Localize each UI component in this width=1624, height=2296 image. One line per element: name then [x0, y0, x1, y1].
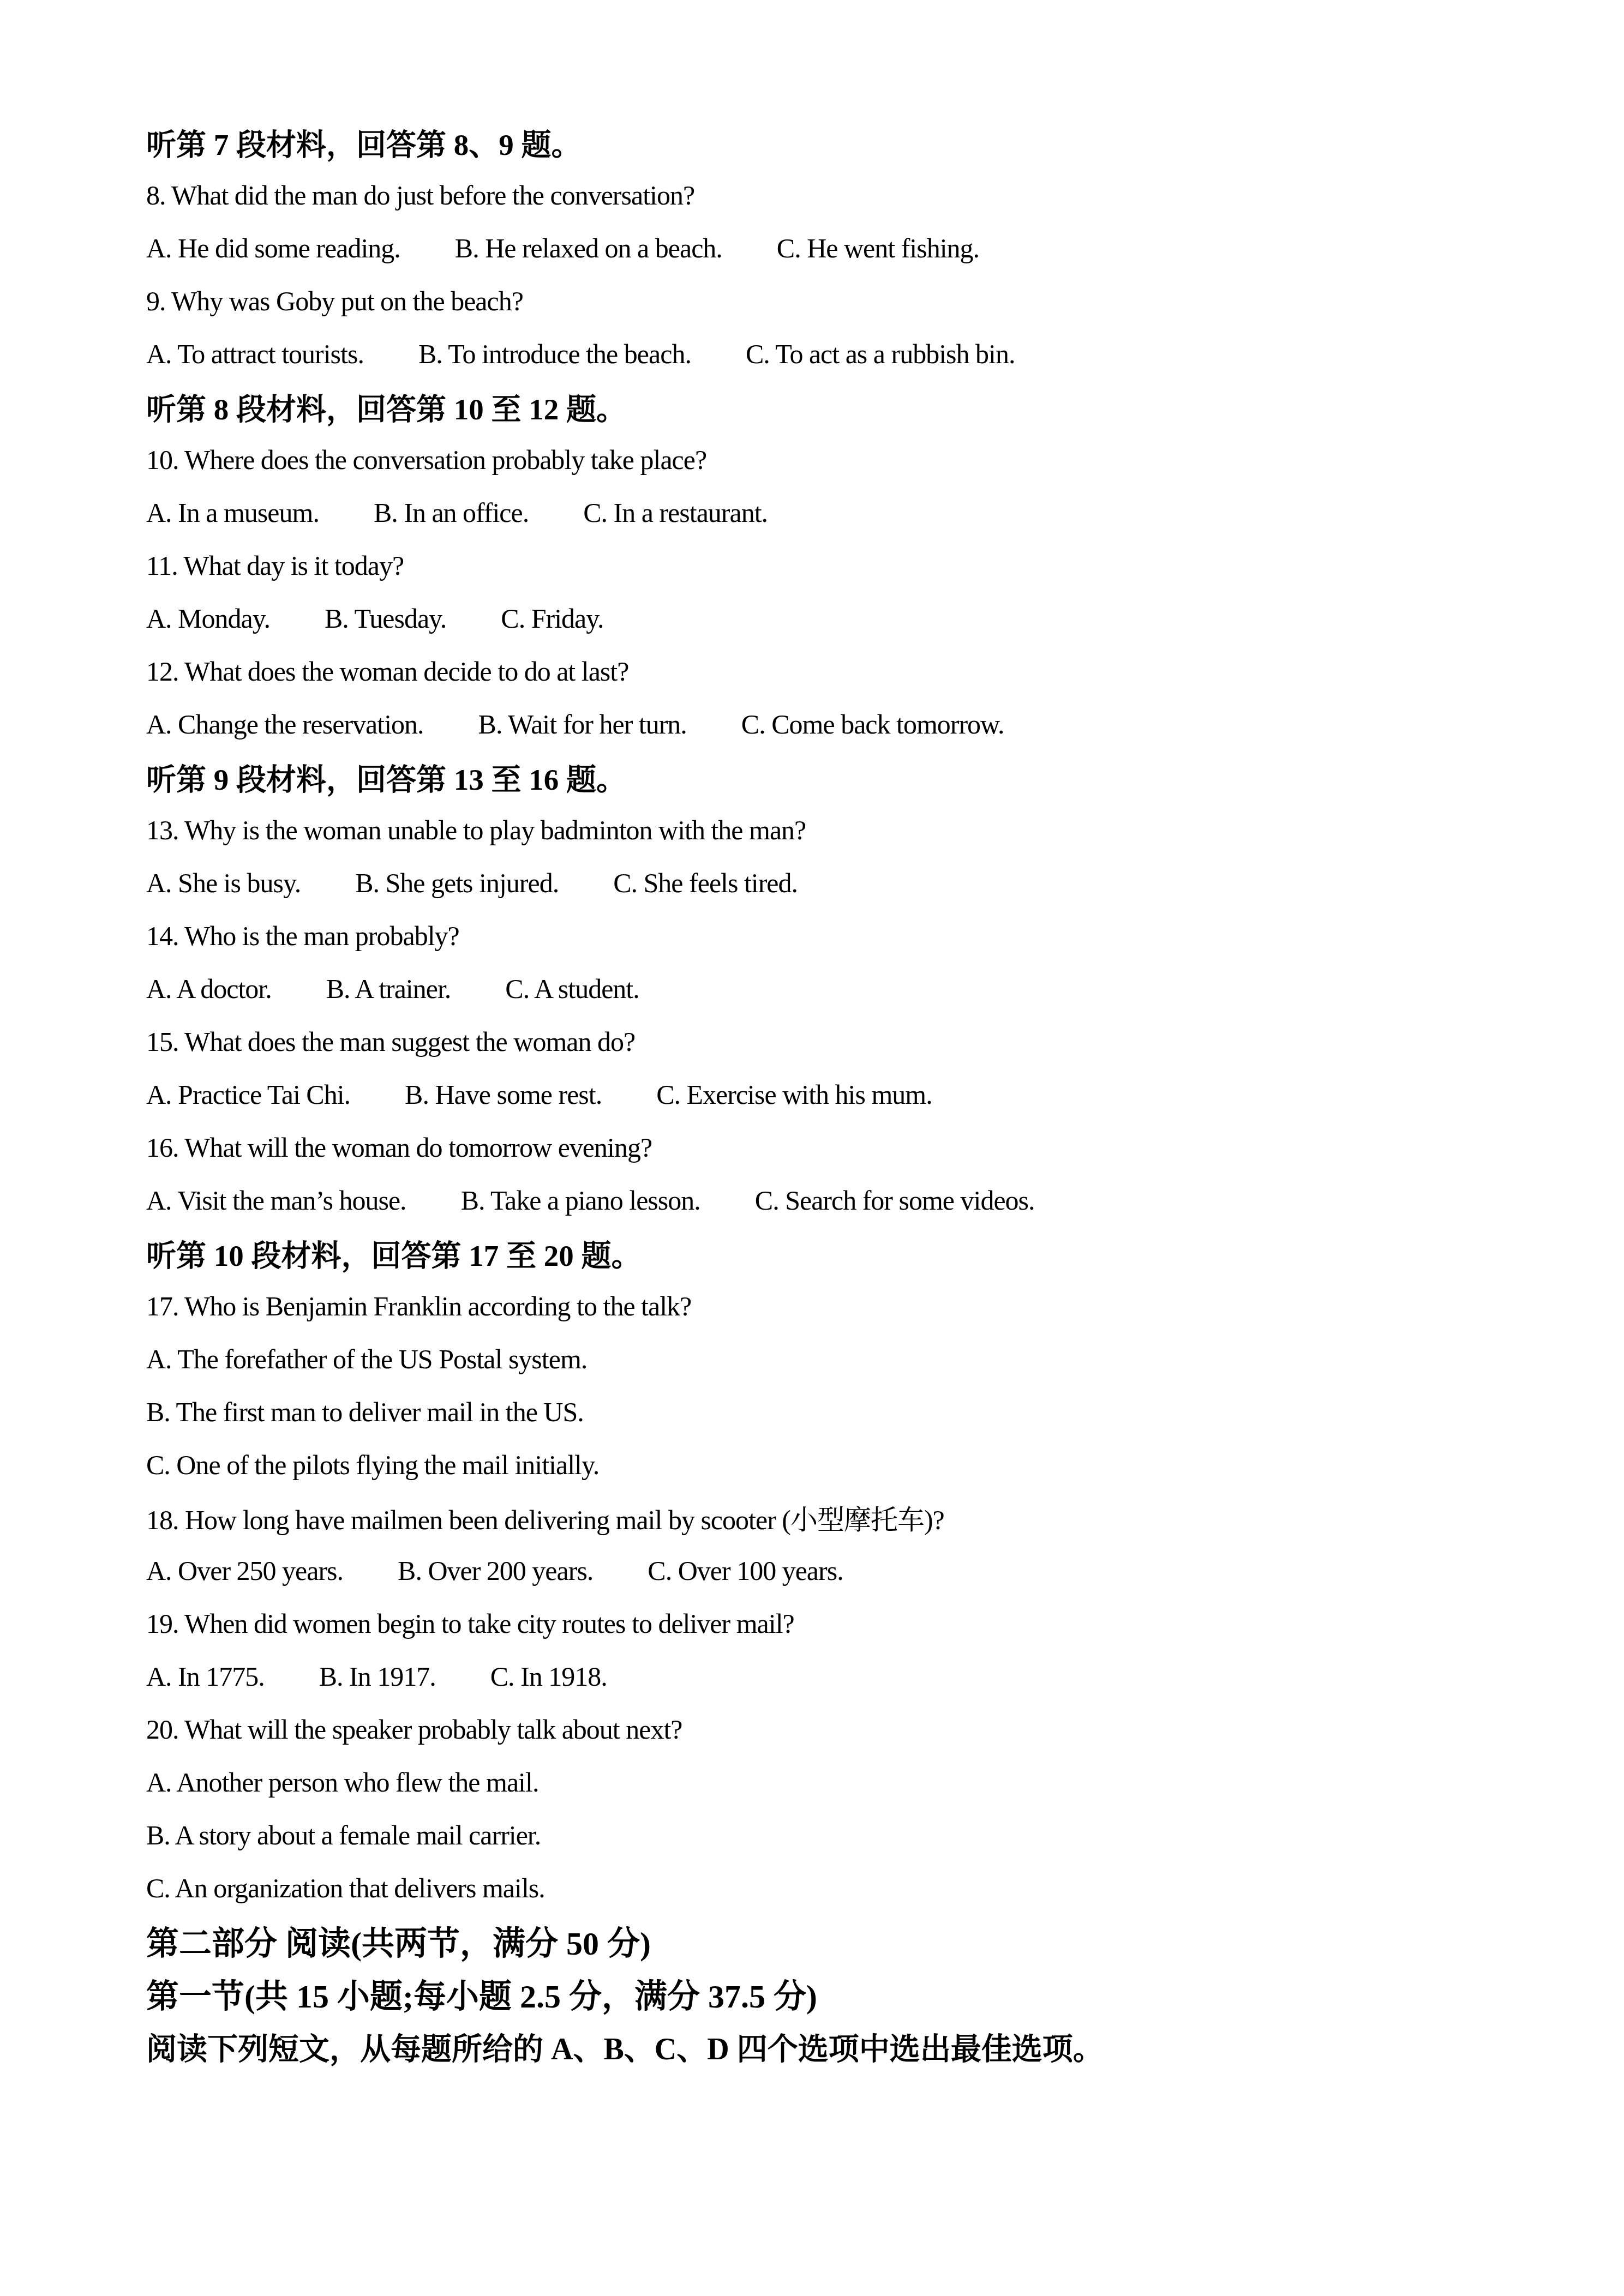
option-item: B. In 1917. — [319, 1661, 436, 1692]
options-row: A. Visit the man’s house.B. Take a piano… — [146, 1174, 1542, 1227]
option-line: C. An organization that delivers mails. — [146, 1861, 1542, 1914]
question-line: 10. Where does the conversation probably… — [146, 433, 1542, 486]
question-line: 14. Who is the man probably? — [146, 909, 1542, 962]
option-item: A. She is busy. — [146, 867, 301, 899]
option-line: C. One of the pilots flying the mail ini… — [146, 1438, 1542, 1491]
question-line: 18. How long have mailmen been deliverin… — [146, 1491, 1542, 1544]
options-row: A. In 1775.B. In 1917.C. In 1918. — [146, 1650, 1542, 1703]
option-line: A. Another person who flew the mail. — [146, 1756, 1542, 1808]
option-item: C. She feels tired. — [613, 867, 798, 899]
option-item: A. Visit the man’s house. — [146, 1185, 406, 1216]
listening-section-heading: 听第 9 段材料，回答第 13 至 16 题。 — [146, 750, 1542, 803]
question-line: 12. What does the woman decide to do at … — [146, 645, 1542, 698]
option-item: B. In an office. — [374, 497, 529, 528]
option-item: A. He did some reading. — [146, 232, 400, 264]
option-item: C. He went fishing. — [777, 232, 979, 264]
options-row: A. In a museum.B. In an office.C. In a r… — [146, 486, 1542, 539]
exam-page-body: 听第 7 段材料，回答第 8、9 题。8. What did the man d… — [146, 116, 1542, 2073]
option-item: C. Over 100 years. — [648, 1555, 843, 1586]
option-item: C. To act as a rubbish bin. — [746, 338, 1015, 370]
option-item: C. In 1918. — [490, 1661, 607, 1692]
option-line: A. The forefather of the US Postal syste… — [146, 1332, 1542, 1385]
option-line: B. A story about a female mail carrier. — [146, 1808, 1542, 1861]
options-row: A. Practice Tai Chi.B. Have some rest.C.… — [146, 1068, 1542, 1121]
option-item: A. To attract tourists. — [146, 338, 364, 370]
option-item: C. Exercise with his mum. — [656, 1079, 932, 1110]
options-row: A. Over 250 years.B. Over 200 years.C. O… — [146, 1544, 1542, 1597]
option-item: A. Over 250 years. — [146, 1555, 343, 1586]
option-item: A. Monday. — [146, 603, 270, 634]
question-line: 9. Why was Goby put on the beach? — [146, 274, 1542, 327]
option-item: A. In 1775. — [146, 1661, 265, 1692]
option-item: C. In a restaurant. — [583, 497, 768, 528]
options-row: A. To attract tourists.B. To introduce t… — [146, 327, 1542, 380]
listening-section-heading: 听第 10 段材料，回答第 17 至 20 题。 — [146, 1227, 1542, 1279]
option-line: B. The first man to deliver mail in the … — [146, 1385, 1542, 1438]
option-item: B. He relaxed on a beach. — [455, 232, 722, 264]
reading-instruction: 阅读下列短文，从每题所给的 A、B、C、D 四个选项中选出最佳选项。 — [146, 2020, 1542, 2073]
option-item: A. In a museum. — [146, 497, 319, 528]
option-item: C. A student. — [505, 973, 639, 1005]
option-item: B. Take a piano lesson. — [461, 1185, 700, 1216]
question-line: 17. Who is Benjamin Franklin according t… — [146, 1279, 1542, 1332]
option-item: C. Search for some videos. — [755, 1185, 1035, 1216]
question-line: 20. What will the speaker probably talk … — [146, 1703, 1542, 1756]
option-item: A. Practice Tai Chi. — [146, 1079, 350, 1110]
part-heading: 第二部分 阅读(共两节，满分 50 分) — [146, 1914, 1542, 1967]
option-item: B. A trainer. — [326, 973, 451, 1005]
question-line: 11. What day is it today? — [146, 539, 1542, 592]
options-row: A. Change the reservation.B. Wait for he… — [146, 698, 1542, 750]
option-item: A. Change the reservation. — [146, 708, 424, 740]
listening-section-heading: 听第 8 段材料，回答第 10 至 12 题。 — [146, 380, 1542, 433]
question-line: 15. What does the man suggest the woman … — [146, 1015, 1542, 1068]
question-line: 16. What will the woman do tomorrow even… — [146, 1121, 1542, 1174]
part-heading: 第一节(共 15 小题;每小题 2.5 分，满分 37.5 分) — [146, 1967, 1542, 2020]
option-item: B. Over 200 years. — [398, 1555, 593, 1586]
option-item: B. Have some rest. — [405, 1079, 602, 1110]
listening-section-heading: 听第 7 段材料，回答第 8、9 题。 — [146, 116, 1542, 169]
option-item: C. Friday. — [501, 603, 603, 634]
option-item: A. A doctor. — [146, 973, 272, 1005]
option-item: B. Tuesday. — [325, 603, 446, 634]
option-item: C. Come back tomorrow. — [741, 708, 1004, 740]
options-row: A. Monday.B. Tuesday.C. Friday. — [146, 592, 1542, 645]
question-line: 13. Why is the woman unable to play badm… — [146, 803, 1542, 856]
question-line: 8. What did the man do just before the c… — [146, 169, 1542, 221]
option-item: B. Wait for her turn. — [478, 708, 687, 740]
option-item: B. To introduce the beach. — [418, 338, 691, 370]
options-row: A. She is busy.B. She gets injured.C. Sh… — [146, 856, 1542, 909]
exam-page: 听第 7 段材料，回答第 8、9 题。8. What did the man d… — [0, 0, 1624, 2296]
options-row: A. A doctor.B. A trainer.C. A student. — [146, 962, 1542, 1015]
option-item: B. She gets injured. — [355, 867, 559, 899]
options-row: A. He did some reading.B. He relaxed on … — [146, 221, 1542, 274]
question-line: 19. When did women begin to take city ro… — [146, 1597, 1542, 1650]
